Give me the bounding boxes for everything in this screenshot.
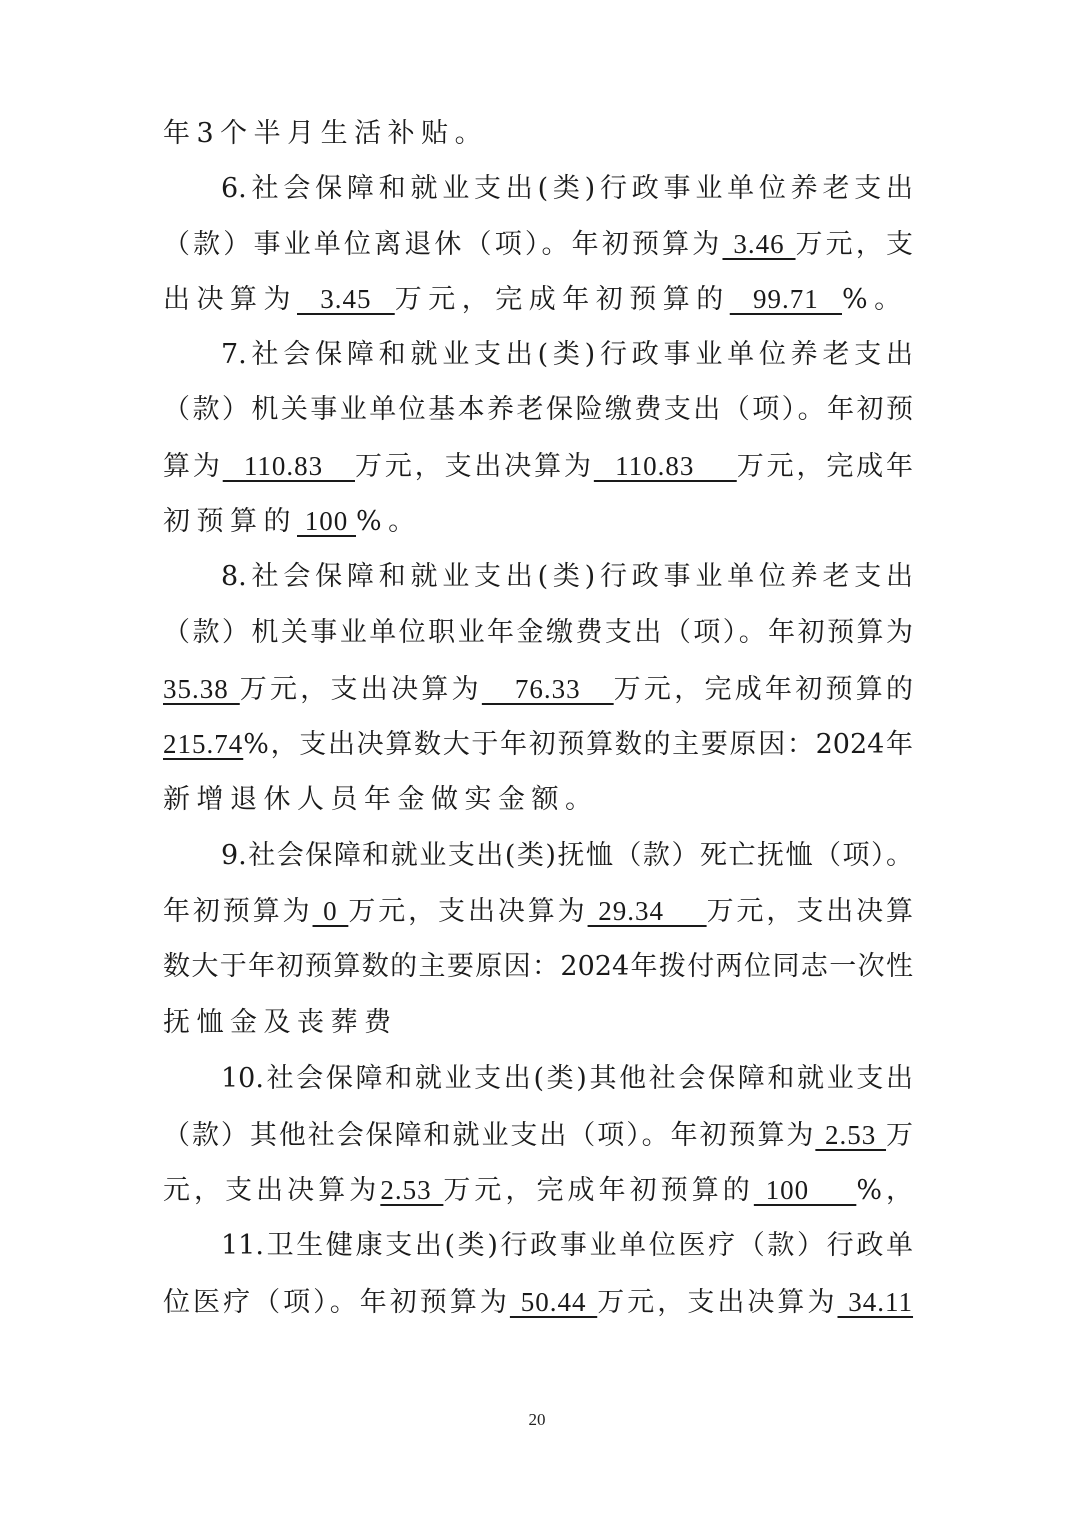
text-line: 35.38 万元，支出决算为 76.33 万元，完成年初预算的 xyxy=(163,669,913,709)
text-segment: 年3个半月生活补贴。 xyxy=(163,118,488,149)
text-line: 抚恤金及丧葬费 xyxy=(163,1003,913,1043)
text-line: 年初预算为 0 万元，支出决算为 29.34 万元，支出决算 xyxy=(163,891,913,931)
text-segment: 万元，完成年 xyxy=(737,451,913,482)
text-segment: （款）机关事业单位职业年金缴费支出（项）。年初预算为 xyxy=(163,617,913,648)
text-line: （款）机关事业单位基本养老保险缴费支出（项）。年初预 xyxy=(163,390,913,430)
text-line: 7.社会保障和就业支出(类)行政事业单位养老支出 xyxy=(221,335,913,375)
text-line: 215.74%，支出决算数大于年初预算数的主要原因：2024年 xyxy=(163,724,913,764)
text-line: 元，支出决算为2.53 万元，完成年初预算的 100 %， xyxy=(163,1170,913,1210)
text-segment: 8.社会保障和就业支出(类)行政事业单位养老支出 xyxy=(221,561,913,592)
text-line: 10.社会保障和就业支出(类)其他社会保障和就业支出 xyxy=(221,1059,913,1099)
underlined-value: 50.44 xyxy=(510,1287,597,1317)
text-segment: 万元，支出决算 xyxy=(707,896,913,927)
text-line: 9.社会保障和就业支出(类)抚恤（款）死亡抚恤（项）。 xyxy=(221,836,913,876)
text-segment: 10.社会保障和就业支出(类)其他社会保障和就业支出 xyxy=(221,1063,913,1094)
text-segment: 新增退休人员年金做实金额。 xyxy=(163,784,599,815)
text-line: 数大于年初预算数的主要原因：2024年拨付两位同志一次性 xyxy=(163,947,913,987)
text-line: 初预算的 100 %。 xyxy=(163,501,913,541)
text-segment: %。 xyxy=(356,506,422,537)
underlined-value: 2.53 xyxy=(815,1120,886,1150)
text-segment: 出决算为 xyxy=(163,284,297,315)
underlined-value: 3.46 xyxy=(722,229,795,259)
text-segment: 6.社会保障和就业支出(类)行政事业单位养老支出 xyxy=(221,173,913,204)
underlined-value: 110.83 xyxy=(223,451,355,481)
text-segment: 元，支出决算为 xyxy=(163,1175,380,1206)
text-line: 年3个半月生活补贴。 xyxy=(163,114,913,154)
text-segment: 11.卫生健康支出(类)行政事业单位医疗（款）行政单 xyxy=(221,1230,913,1261)
text-segment: 万元，完成年初预算的 xyxy=(443,1175,753,1206)
underlined-value: 34.11 xyxy=(838,1287,914,1317)
text-segment: 数大于年初预算数的主要原因：2024年拨付两位同志一次性 xyxy=(163,951,913,982)
text-segment: 初预算的 xyxy=(163,506,297,537)
text-segment: 万元，完成年初预算的 xyxy=(395,284,730,315)
text-segment: 万元，支出决算为 xyxy=(597,1287,837,1318)
underlined-value: 76.33 xyxy=(482,674,614,704)
underlined-value: 3.45 xyxy=(297,284,395,314)
text-segment: 抚恤金及丧葬费 xyxy=(163,1007,398,1038)
page-number: 20 xyxy=(0,1410,1074,1430)
underlined-value: 0 xyxy=(313,896,349,926)
document-page: 年3个半月生活补贴。6.社会保障和就业支出(类)行政事业单位养老支出（款）事业单… xyxy=(0,0,1074,1520)
text-segment: （款）其他社会保障和就业支出（项）。年初预算为 xyxy=(163,1120,815,1151)
text-segment: 算为 xyxy=(163,451,223,482)
text-line: 8.社会保障和就业支出(类)行政事业单位养老支出 xyxy=(221,557,913,597)
text-line: 算为 110.83 万元，支出决算为 110.83 万元，完成年 xyxy=(163,446,913,486)
text-segment: 年初预算为 xyxy=(163,896,313,927)
text-segment: 7.社会保障和就业支出(类)行政事业单位养老支出 xyxy=(221,339,913,370)
text-line: 新增退休人员年金做实金额。 xyxy=(163,780,913,820)
underlined-value: 110.83 xyxy=(594,451,737,481)
text-segment: 位医疗（项）。年初预算为 xyxy=(163,1287,510,1318)
text-segment: %，支出决算数大于年初预算数的主要原因：2024年 xyxy=(243,729,913,760)
underlined-value: 100 xyxy=(754,1175,856,1205)
text-line: （款）机关事业单位职业年金缴费支出（项）。年初预算为 xyxy=(163,613,913,653)
text-segment: 万元，支出决算为 xyxy=(240,674,482,705)
text-line: 11.卫生健康支出(类)行政事业单位医疗（款）行政单 xyxy=(221,1226,913,1266)
text-line: 出决算为 3.45 万元，完成年初预算的 99.71 %。 xyxy=(163,279,913,319)
text-line: （款）其他社会保障和就业支出（项）。年初预算为 2.53 万 xyxy=(163,1115,913,1155)
text-segment: 万元，支出决算为 xyxy=(348,896,587,927)
text-line: （款）事业单位离退休（项）。年初预算为 3.46 万元，支 xyxy=(163,224,913,264)
text-segment: %。 xyxy=(842,284,908,315)
underlined-value: 2.53 xyxy=(380,1175,443,1205)
text-segment: 万元，支出决算为 xyxy=(355,451,594,482)
text-segment: 万元，完成年初预算的 xyxy=(614,674,913,705)
text-segment: （款）事业单位离退休（项）。年初预算为 xyxy=(163,229,722,260)
text-segment: 万 xyxy=(886,1120,913,1151)
text-segment: 9.社会保障和就业支出(类)抚恤（款）死亡抚恤（项）。 xyxy=(221,840,913,871)
text-line: 位医疗（项）。年初预算为 50.44 万元，支出决算为 34.11 xyxy=(163,1282,913,1322)
underlined-value: 99.71 xyxy=(730,284,842,314)
underlined-value: 35.38 xyxy=(163,674,240,704)
text-segment: （款）机关事业单位基本养老保险缴费支出（项）。年初预 xyxy=(163,394,913,425)
underlined-value: 29.34 xyxy=(588,896,707,926)
text-line: 6.社会保障和就业支出(类)行政事业单位养老支出 xyxy=(221,169,913,209)
text-segment: 万元，支 xyxy=(796,229,913,260)
underlined-value: 215.74 xyxy=(163,729,243,759)
underlined-value: 100 xyxy=(297,506,356,536)
text-segment: %， xyxy=(856,1175,913,1206)
